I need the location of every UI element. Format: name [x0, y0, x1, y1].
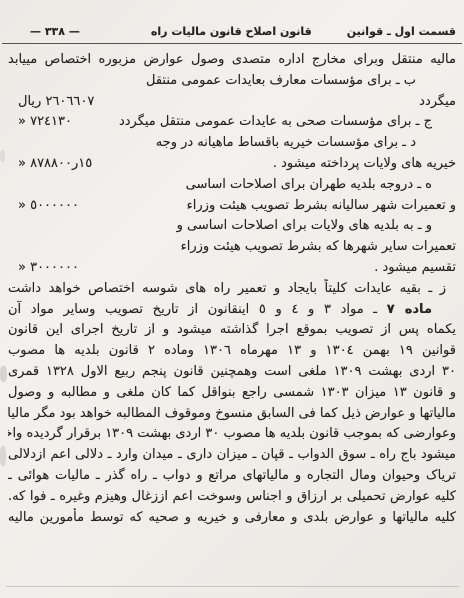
line-text: میگردد	[419, 94, 456, 109]
text-line: تقسیم میشود .٣٠٠٠٠٠٠ «	[8, 258, 456, 279]
text-line: ب ـ برای مؤسسات معارف بعایدات عمومی منتق…	[8, 71, 456, 92]
line-text: مالیه منتقل وبرای مخارج اداره متصدی وصول…	[8, 52, 456, 67]
text-line: ج ـ برای مؤسسات صحی به عایدات عمومی منتق…	[8, 112, 456, 133]
text-line: یکماه پس از تصویب بموقع اجرا گذاشته میشو…	[8, 320, 456, 341]
line-text: ٣٠ اردی بهشت ١٣٠٩ ملغی است وهمچنین قانون…	[8, 364, 456, 379]
document-page: قسمت اول ـ قوانین قانون اصلاح قانون مالی…	[0, 0, 464, 598]
amount-value: ٣٠٠٠٠٠٠ «	[18, 258, 79, 279]
line-text: کلیه عوارض تحمیلی بر ارزاق و اجناس وسوخت…	[8, 489, 456, 504]
page-number: — ٣٣٨ —	[30, 25, 80, 38]
text-line: ٣٠ اردی بهشت ١٣٠٩ ملغی است وهمچنین قانون…	[8, 362, 456, 383]
text-line: و ـ به بلدیه های ولایات برای اصلاحات اسا…	[8, 216, 456, 237]
scan-artifact-smudge	[0, 150, 5, 162]
text-line: ز ـ بقیه عایدات کلیتاً بایجاد و تعمیر را…	[8, 279, 456, 300]
line-text: ز ـ بقیه عایدات کلیتاً بایجاد و تعمیر را…	[8, 281, 446, 296]
text-line: و تعمیرات شهر سالیانه بشرط تصویب هیئت وز…	[8, 196, 456, 217]
amount-value: ٢٦٠٦٦٠٧ ریال	[18, 92, 94, 113]
line-text: و قانون ١٣ میزان ١٣٠٣ شمسی راجع بنواقل ک…	[8, 385, 456, 400]
text-line: کلیه مالیاتها و عوارض بلدی و معارفی و خی…	[8, 508, 456, 529]
document-body: مالیه منتقل وبرای مخارج اداره متصدی وصول…	[0, 44, 464, 528]
line-text: ج ـ برای مؤسسات صحی به عایدات عمومی منتق…	[119, 114, 432, 129]
line-text: کلیه مالیاتها و عوارض بلدی و معارفی و خی…	[8, 510, 456, 525]
text-line: وعوارضی که بموجب قانون بلدیه ها مصوب ٣٠ …	[8, 424, 456, 445]
text-line: مالیاتها و عوارض ذیل کما فی السابق منسوخ…	[8, 404, 456, 425]
text-line: کلیه عوارض تحمیلی بر ارزاق و اجناس وسوخت…	[8, 487, 456, 508]
line-text: قوانین ١٩ بهمن ١٣٠٤ و ١٣ مهرماه ١٣٠٦ وما…	[8, 343, 456, 358]
text-line: میگردد٢٦٠٦٦٠٧ ریال	[8, 92, 456, 113]
text-line: قوانین ١٩ بهمن ١٣٠٤ و ١٣ مهرماه ١٣٠٦ وما…	[8, 341, 456, 362]
scan-artifact-smudge	[0, 446, 6, 466]
line-text: مالیاتها و عوارض ذیل کما فی السابق منسوخ…	[8, 406, 456, 421]
amount-value: ٥٠٠٠٠٠٠ «	[18, 196, 79, 217]
page-header: قسمت اول ـ قوانین قانون اصلاح قانون مالی…	[0, 0, 464, 38]
line-text: وعوارضی که بموجب قانون بلدیه ها مصوب ٣٠ …	[8, 426, 456, 441]
line-text: ـ مواد ٣ و ٤ و ٥ اینقانون از تاریخ تصویب…	[8, 302, 377, 317]
text-line: تعمیرات سایر شهرها که بشرط تصویب هیئت وز…	[8, 237, 456, 258]
line-text: تقسیم میشود .	[374, 260, 456, 275]
line-text: تعمیرات سایر شهرها که بشرط تصویب هیئت وز…	[181, 239, 456, 254]
scan-artifact-smudge	[0, 366, 7, 382]
amount-value: ١٥ر٨٧٨٨٠٠ «	[18, 154, 92, 175]
article-label: ماده ٧	[387, 302, 432, 317]
text-line: خیریه های ولایات پرداخته میشود .١٥ر٨٧٨٨٠…	[8, 154, 456, 175]
text-line: تریاک وحیوان ومال التجاره و مالیاتهای مر…	[8, 466, 456, 487]
text-line: میشود باج راه ـ سوق الدواب ـ قپان ـ میزا…	[8, 445, 456, 466]
line-text: ه ـ دروجه بلدیه طهران برای اصلاحات اساسی	[186, 177, 432, 192]
text-line: و قانون ١٣ میزان ١٣٠٣ شمسی راجع بنواقل ک…	[8, 383, 456, 404]
text-line: د ـ برای مؤسسات خیریه باقساط ماهیانه در …	[8, 133, 456, 154]
section-label: قسمت اول ـ قوانین	[347, 25, 456, 38]
line-text: و ـ به بلدیه های ولایات برای اصلاحات اسا…	[177, 218, 432, 233]
line-text: میشود باج راه ـ سوق الدواب ـ قپان ـ میزا…	[8, 447, 456, 462]
line-text: و تعمیرات شهر سالیانه بشرط تصویب هیئت وز…	[187, 198, 456, 213]
line-text: د ـ برای مؤسسات خیریه باقساط ماهیانه در …	[156, 135, 416, 150]
line-text: ب ـ برای مؤسسات معارف بعایدات عمومی منتق…	[146, 73, 416, 88]
line-text: تریاک وحیوان ومال التجاره و مالیاتهای مر…	[8, 468, 456, 483]
line-text: یکماه پس از تصویب بموقع اجرا گذاشته میشو…	[8, 322, 456, 337]
text-line: مالیه منتقل وبرای مخارج اداره متصدی وصول…	[8, 50, 456, 71]
scan-artifact-line	[6, 586, 459, 587]
page-title: قانون اصلاح قانون مالیات راه	[151, 25, 312, 38]
line-text: خیریه های ولایات پرداخته میشود .	[273, 156, 456, 171]
amount-value: ٧٢٤١٣٠ «	[18, 112, 72, 133]
text-line: ه ـ دروجه بلدیه طهران برای اصلاحات اساسی	[8, 175, 456, 196]
text-line: ماده ٧ ـ مواد ٣ و ٤ و ٥ اینقانون از تاری…	[8, 300, 456, 321]
